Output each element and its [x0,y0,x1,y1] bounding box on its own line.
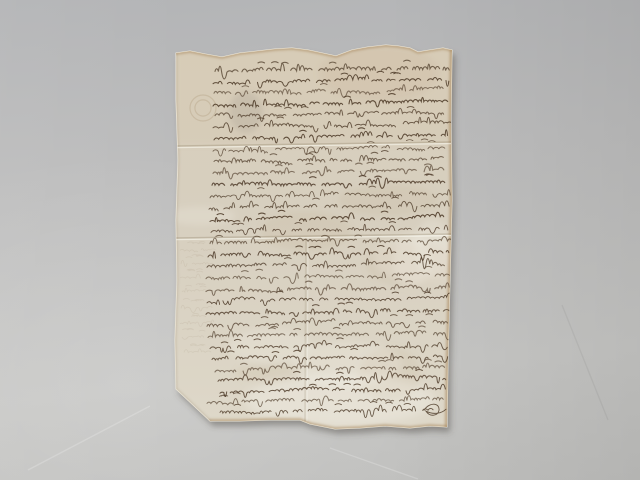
ink-smudge [229,91,263,133]
photo-backdrop [0,0,640,480]
manuscript-photo [0,0,640,480]
